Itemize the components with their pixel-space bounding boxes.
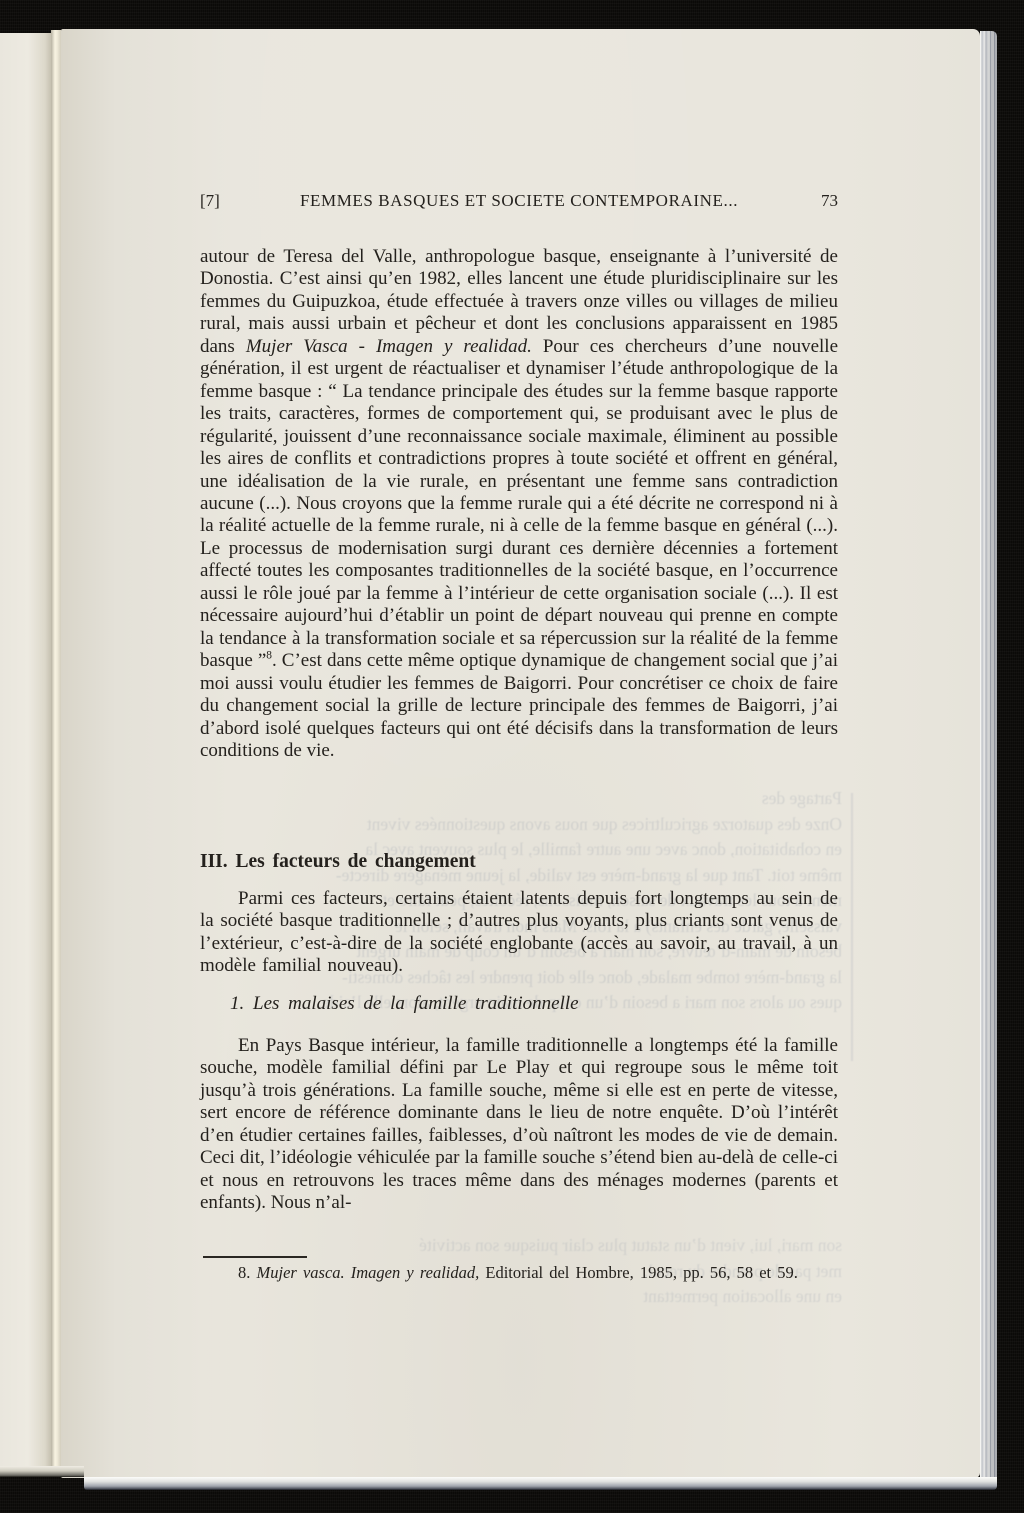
- text-segment: Editorial del Hombre, 1985, pp. 56, 58 e…: [479, 1263, 798, 1282]
- bleedthrough-box-line: [851, 793, 853, 1061]
- body-paragraph-3: En Pays Basque intérieur, la famille tra…: [200, 1035, 838, 1215]
- text-segment: Mujer Vasca - Imagen y realidad.: [246, 336, 532, 357]
- text-segment: . C’est dans cette même optique dynamiqu…: [200, 650, 838, 761]
- book-gutter-crease: [51, 30, 61, 1473]
- page-bottom-edge: [84, 1477, 997, 1490]
- body-paragraph-2: Parmi ces facteurs, certains étaient lat…: [200, 888, 838, 978]
- page-bottom-edge-left: [0, 1466, 84, 1477]
- text-segment: 8.: [238, 1263, 257, 1282]
- scan-background: { "header": { "bracket_number": "[7]", "…: [0, 0, 1024, 1513]
- footnote-rule: [203, 1256, 307, 1258]
- section-heading: III. Les facteurs de changement: [200, 851, 838, 873]
- footnote: 8. Mujer vasca. Imagen y realidad, Edito…: [200, 1263, 838, 1284]
- header-page-number: 73: [768, 191, 838, 211]
- text-segment: Mujer vasca. Imagen y realidad,: [257, 1263, 480, 1282]
- header-bracket-number: [7]: [200, 191, 270, 211]
- subsection-heading: 1. Les malaises de la famille traditionn…: [200, 993, 868, 1015]
- header-title: FEMMES BASQUES ET SOCIETE CONTEMPORAINE.…: [270, 191, 768, 211]
- text-segment: Pour ces chercheurs d’une nouvelle génér…: [200, 336, 838, 671]
- running-header: [7] FEMMES BASQUES ET SOCIETE CONTEMPORA…: [200, 191, 838, 211]
- facing-page-sliver: [0, 33, 51, 1466]
- page-edge-stack: [980, 31, 997, 1480]
- body-paragraph-1: autour de Teresa del Valle, anthropologu…: [200, 246, 838, 762]
